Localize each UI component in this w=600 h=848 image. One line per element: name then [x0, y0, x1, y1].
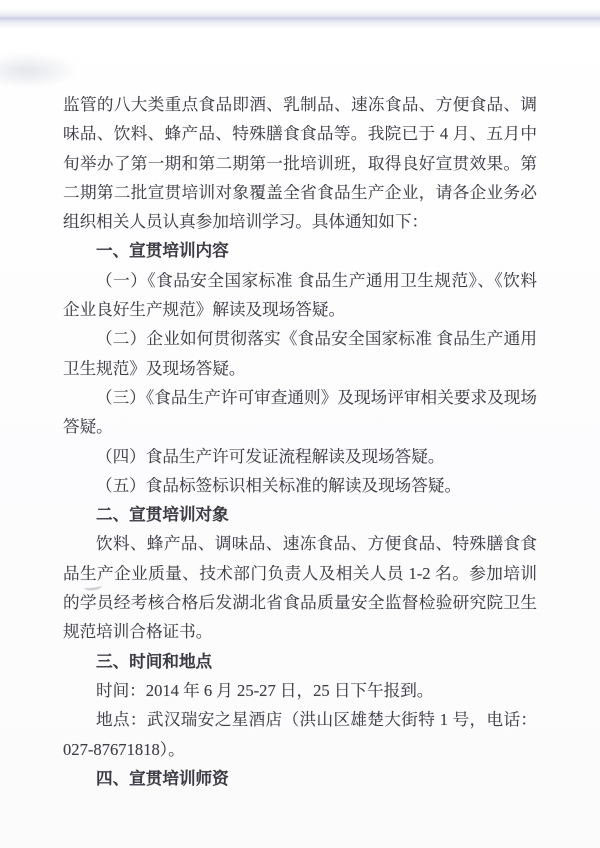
document-line: 味品、饮料、蜂产品、特殊膳食食品等。我院已于 4 月、五月中 — [63, 119, 537, 148]
scan-artifact-line — [0, 17, 600, 19]
document-line: 旬举办了第一期和第二期第一批培训班，取得良好宣贯效果。第 — [63, 149, 537, 178]
document-line: （一）《食品安全国家标准 食品生产通用卫生规范》、《饮料 — [63, 266, 537, 295]
document-line: 的学员经考核合格后发湖北省食品质量安全监督检验研究院卫生 — [63, 588, 537, 617]
document-line: 监管的八大类重点食品即酒、乳制品、速冻食品、方便食品、调 — [63, 90, 537, 119]
document-line: 品生产企业质量、技术部门负责人及相关人员 1-2 名。参加培训 — [63, 559, 537, 588]
scanned-document-page: 监管的八大类重点食品即酒、乳制品、速冻食品、方便食品、调 味品、饮料、蜂产品、特… — [0, 0, 600, 848]
document-line: 027-87671818）。 — [63, 735, 537, 764]
document-line: 卫生规范》及现场答疑。 — [63, 354, 537, 383]
document-line: 二期第二批宣贯培训对象覆盖全省食品生产企业，请各企业务必 — [63, 178, 537, 207]
heading-section-1: 一、宣贯培训内容 — [63, 236, 537, 265]
document-line: 组织相关人员认真参加培训学习。具体通知如下： — [63, 207, 537, 236]
heading-section-3: 三、时间和地点 — [63, 647, 537, 676]
document-line: 时间：2014 年 6 月 25-27 日，25 日下午报到。 — [63, 676, 537, 705]
document-line: 规范培训合格证书。 — [63, 617, 537, 646]
document-line: 地点：武汉瑞安之星酒店（洪山区雄楚大街特 1 号，电话： — [63, 705, 537, 734]
heading-section-2: 二、宣贯培训对象 — [63, 500, 537, 529]
document-line: 答疑。 — [63, 412, 537, 441]
heading-section-4: 四、宣贯培训师资 — [63, 764, 537, 793]
document-line: 企业良好生产规范》解读及现场答疑。 — [63, 295, 537, 324]
document-body: 监管的八大类重点食品即酒、乳制品、速冻食品、方便食品、调 味品、饮料、蜂产品、特… — [63, 90, 537, 793]
document-line: （三）《食品生产许可审查通则》及现场评审相关要求及现场 — [63, 383, 537, 412]
scan-artifact-band — [0, 9, 600, 29]
document-line: （四）食品生产许可发证流程解读及现场答疑。 — [63, 442, 537, 471]
document-line: （五）食品标签标识相关标准的解读及现场答疑。 — [63, 471, 537, 500]
document-line: 饮料、蜂产品、调味品、速冻食品、方便食品、特殊膳食食 — [63, 529, 537, 558]
document-line: （二）企业如何贯彻落实《食品安全国家标准 食品生产通用 — [63, 324, 537, 353]
scan-smudge — [0, 52, 80, 86]
